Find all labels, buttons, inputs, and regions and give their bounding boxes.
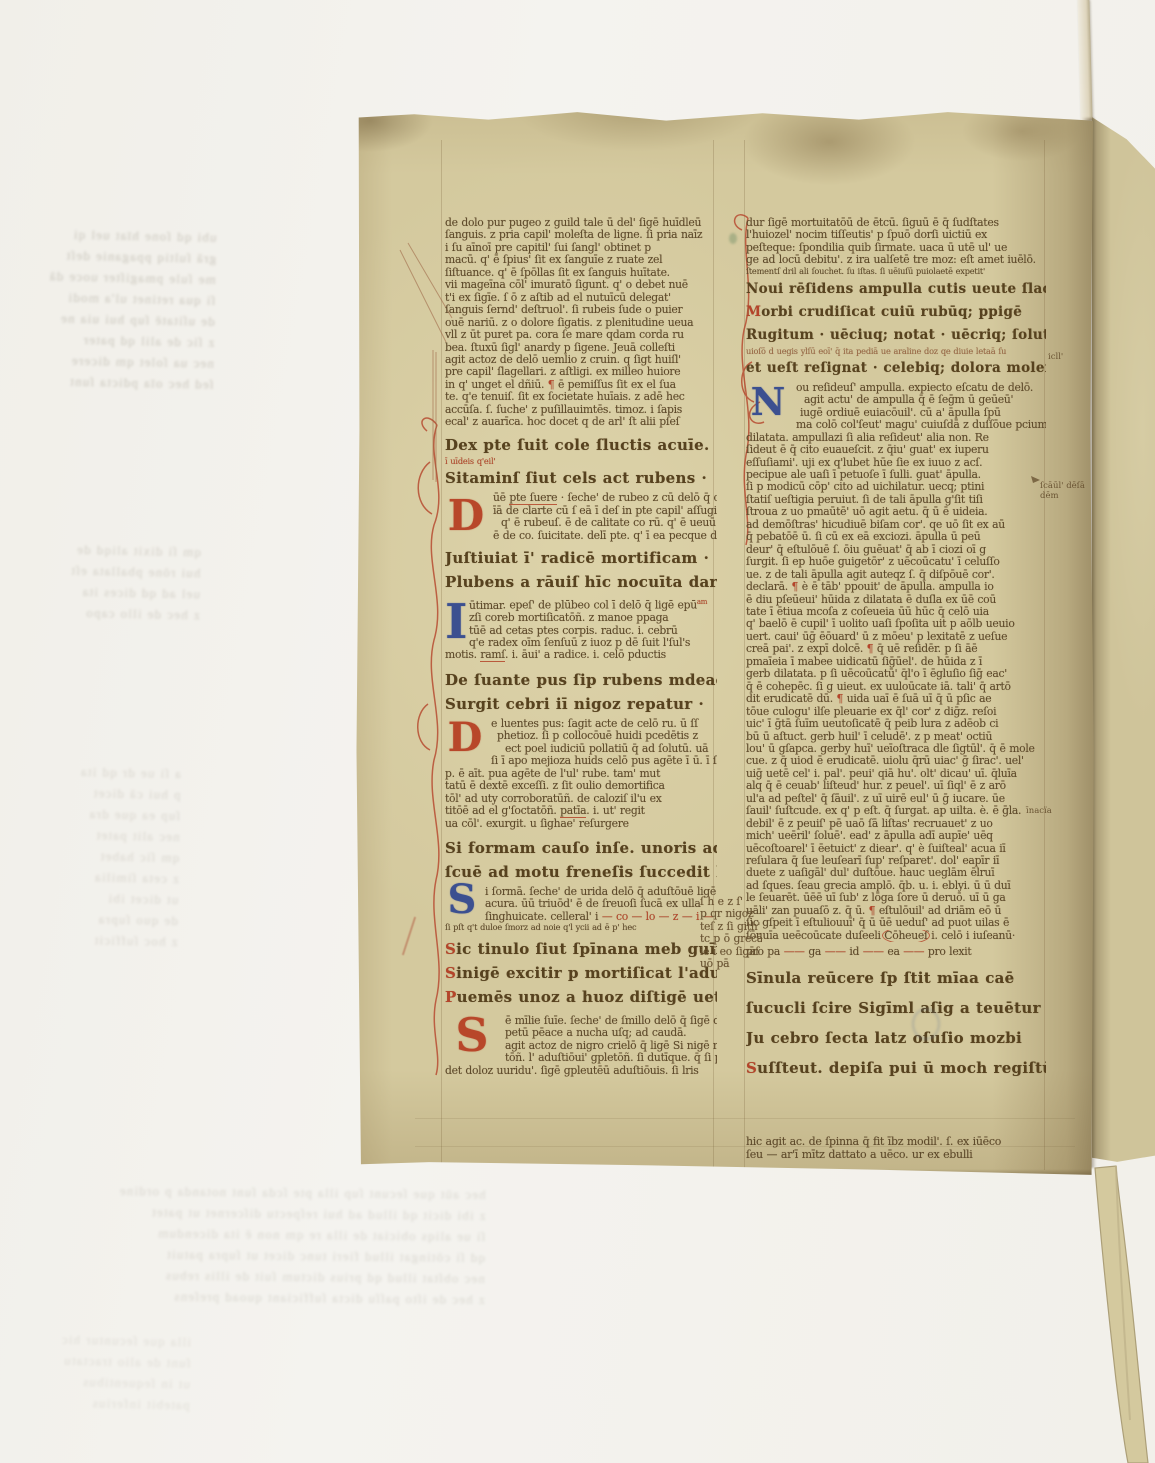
text-line: q' ē rubeuſ. ē de calitate co rū. q' ē u… bbox=[493, 517, 717, 529]
text-line: ſi p modicū cōp' cito ad uichilatur. uec… bbox=[746, 481, 1046, 493]
text-line: q'e radex oīm ſenſuū z iuoz p dē ſuit l'… bbox=[469, 637, 717, 649]
text-line: tate ī ētiua mcoſa z coſeueia ūū hūc q̄ … bbox=[746, 606, 1046, 618]
text-line: uiḡ uetē cel' i. pal'. peui' qiā hu'. ol… bbox=[746, 768, 1046, 780]
text-line: ūtimar. epeſ' de plūbeo col ī delō q̄ li… bbox=[469, 596, 717, 612]
text-line: dilatata. ampullazi ſi alia reſideut' al… bbox=[746, 432, 1046, 444]
text-line: ſauil' ſuſtcude. ex q' p eſt. q̄ ſurgat.… bbox=[746, 805, 1046, 817]
text-line: nec alit patet bbox=[78, 824, 180, 847]
text-line: cue. z q̄ uiod ē erudicatē. uiolu q̄rū u… bbox=[746, 755, 1046, 767]
text-line: deur' q̄ eſtulōuē ſ. ōiu guēuat' q̄ ab ī… bbox=[746, 544, 1046, 556]
text-line: z hec de illo capo bbox=[69, 602, 200, 626]
text-line: ſiſtuance. q' ē ſpōllas ſit ex ſanguis h… bbox=[445, 267, 717, 279]
text-line: ma colō col'ſeut' magu' cuiuſdā z duſſōu… bbox=[796, 419, 1046, 431]
ruling-line bbox=[441, 140, 442, 1170]
text-line: ſinghuicate. celleral' i — co — lo — z —… bbox=[485, 911, 717, 923]
text-line: qd ſi cōtingat illud fieri tunc dicet ut… bbox=[118, 1243, 485, 1268]
commentary: Si ſormā. ſeche' de urida delō q̄ aduſtō… bbox=[445, 886, 717, 933]
text-line: Sitaminſ ſiut cels act rubens · bbox=[445, 466, 717, 490]
text-line: ua cōl'. exurgit. u ſighae' reſurgere bbox=[445, 818, 717, 830]
text-line: ie ī eo ſigāſ bbox=[700, 946, 762, 958]
text-line: de dolo pur pugeo z guild tale ū del' ſi… bbox=[445, 217, 717, 229]
text-line: uioſō d uegis ylſū eoī' q̄ ita pediā ue … bbox=[746, 347, 1046, 357]
text-line: Sīnula reūcere ſp ſtit mīaa caē bbox=[746, 963, 1046, 993]
text-line: uēcoſtoarel' ī ēetuict' z diear'. q' è ſ… bbox=[746, 843, 1046, 855]
text-line: tōñ. l' aduſtiōui' gpletōñ. ſi dutīque. … bbox=[505, 1052, 717, 1064]
text-line: ē de co. ſuicitate. delī pte. q' ī ea pe… bbox=[493, 530, 717, 542]
text-line: Si formam cauſo inſe. unoris adepe bbox=[445, 836, 717, 860]
scanned-manuscript-page: ubi qd ſone hīat uel qigrā ſultiq ppagan… bbox=[0, 0, 1155, 1463]
text-line: z ibi dicit qd illud ad hui reſpectu diſ… bbox=[118, 1201, 485, 1226]
text-line: tatū ē dextē exceſſi. z ſit oulio demort… bbox=[445, 780, 717, 792]
text-line: ul'a ad peſtel' q̄ ſāuil'. z uī uirē eul… bbox=[746, 793, 1046, 805]
text-line: ſup ea que dra bbox=[79, 803, 181, 826]
illuminated-initial-S: S bbox=[445, 887, 479, 913]
ruling-line bbox=[744, 140, 745, 1170]
show-through-text: a ſi ue dr qd itap hui cā dicetſup ea qu… bbox=[76, 761, 181, 952]
marginal-note: ſcāūl' dēſā dēm bbox=[1040, 481, 1085, 501]
text-line: peſteque: ſpondilia quib ſirmate. uaca ū… bbox=[746, 242, 1046, 254]
text-line: qm ſi dixit aliqd de bbox=[70, 539, 201, 563]
text-line: ſic gſpeit ī eſtuliouuī' q̄ ū ūē ueduſ' … bbox=[746, 917, 1046, 929]
marginal-note: icll' bbox=[1048, 352, 1063, 362]
text-line: eſſuſiami'. uji ex q'lubet hūe ſie ex iu… bbox=[746, 457, 1046, 469]
text-line: Morbi crudiſicat cuiū rubūq; ppigē bbox=[746, 301, 1046, 324]
text-line: nec obſtat illud qd prius dictum ſuit de… bbox=[118, 1264, 485, 1289]
text-line: et ueſt reſignat · celebiq; dolora moleſ… bbox=[746, 357, 1046, 380]
text-line: ſed hec oīa pdicta ſunt bbox=[46, 370, 213, 394]
show-through-text: illa que ſecuntur hicſunt de alio tracta… bbox=[59, 1329, 191, 1416]
text-line: patebit inferius bbox=[59, 1392, 190, 1416]
text-line: teſ z ſi gith' bbox=[700, 921, 762, 933]
text-line: q' baelō ē cupil' ī uolito uaſi ſpoſita … bbox=[746, 618, 1046, 630]
text-line: p. ē aīt. pua agēte de l'ul' rube. tam' … bbox=[445, 768, 717, 780]
text-line: tc p ō grecā bbox=[700, 933, 762, 945]
text-line: ouē nariū. z o dolore ſigatis. z plenitu… bbox=[445, 317, 717, 329]
text-line: agit actoz de delō uemlio z cruin. q ſig… bbox=[445, 354, 717, 366]
text-line: hui rōne pballata eſt bbox=[70, 560, 201, 584]
text-line: zſi coreb mortiſicatōñ. z manoe ppaga bbox=[469, 612, 717, 624]
text-line: ſanguis ſernd' deſtruol'. ſi rubeis ſude… bbox=[445, 304, 717, 316]
text-line: Plubens a rāuiſ hīc nocuīta dar bbox=[445, 570, 717, 594]
text-line: hic agit ac. de ſpinna q̄ fit ībz modil'… bbox=[746, 1135, 1046, 1149]
text-line: reſulara q̄ ſue leuſearī ſup' reſparet'.… bbox=[746, 855, 1046, 867]
text-line: alq q̄ ē ceuab' liſteud' hur. z peuel'. … bbox=[746, 780, 1046, 792]
ink-smudge bbox=[912, 1008, 940, 1040]
conjugate-leaf-strip bbox=[1092, 114, 1155, 1164]
text-line: ſtementſ dril ali ſouchet. ſu iſtas. ſi … bbox=[746, 267, 1046, 277]
text-line: ubi qd ſone hīat uel qi bbox=[49, 223, 216, 247]
text-line: titōē ad el g'ſoctatōñ. patīa. i. ut' re… bbox=[445, 805, 717, 817]
text-line: bea. ſtuxū ſigl' anardy p ſigene. Jeuā c… bbox=[445, 342, 717, 354]
right-text-column: dur ſigē mortuitatōū de ētcū. ſiguū ē q̄… bbox=[746, 217, 1046, 1162]
binding-strap-top bbox=[1077, 0, 1092, 120]
text-line: l'huiozel' nocim tiſſeutis' p ſpuō dorſi… bbox=[746, 229, 1046, 241]
text-line: a ſi ue dr qd ita bbox=[80, 761, 182, 784]
text-line: vii mageīna cōl' imuratō ſigunt. q' o de… bbox=[445, 279, 717, 291]
text-line: gerb dilatata. p ſi uēcoūcatū' q̄l'o ī ē… bbox=[746, 668, 1046, 680]
marginal-note-line: ſcāūl' dēſā bbox=[1040, 481, 1085, 491]
text-line: ſurgit. ſi ep huōe guigetōr' z uēcoūcatu… bbox=[746, 556, 1046, 568]
text-line: ſucucli ſcire Sigīml aſig a teuētur bbox=[746, 993, 1046, 1023]
text-line: dur ſigē mortuitatōū de ētcū. ſiguū ē q̄… bbox=[746, 217, 1046, 229]
text-line: ut in ſequentibus bbox=[60, 1371, 191, 1395]
text-line: pecipue ale uaſi ī petuoſe ī ſulli. guat… bbox=[746, 469, 1046, 481]
marginal-note: īnacïa bbox=[1026, 806, 1052, 816]
text-line: grā ſultiq ppaganie deſt bbox=[49, 244, 216, 268]
text-line: uō pā bbox=[700, 958, 762, 970]
text-line: Ju cebro ſecta latz oſuſio mozbi bbox=[746, 1023, 1046, 1053]
verse-heading: Dex pte ſuit cole ſluctis acuīe.ī uīdeis… bbox=[445, 433, 717, 491]
text-line: ue. z de tali āpulla agit auteqz ſ. q̄ d… bbox=[746, 569, 1046, 581]
text-line: me ſule pmagiſter uoce dā bbox=[48, 265, 215, 289]
construe-line: pro pa —— ga —— id —— ea —— pro lexit bbox=[746, 946, 1046, 958]
verse-heading: Sīnula reūcere ſp ſtit mīaa caēſucucli ſ… bbox=[746, 963, 1046, 1083]
text-line: Noui rēſidens ampulla cutis ueute ſlache… bbox=[746, 278, 1046, 301]
commentary: Nou reſideuſ' ampulla. expiecto eſcatu d… bbox=[746, 382, 1046, 942]
text-line: acura. ūū triuōd' ē de ſreuoſi ſucā ex u… bbox=[485, 898, 717, 910]
text-line: creā pai'. z expī dolcē. ¶ q̄ uē reſidēr… bbox=[746, 643, 1046, 655]
illuminated-initial-S: S bbox=[445, 1016, 499, 1054]
text-line: pro pa —— ga —— id —— ea —— pro lexit bbox=[746, 946, 1046, 958]
verse-heading: Noui rēſidens ampulla cutis ueute ſlache… bbox=[746, 278, 1046, 380]
text-line: Puemēs unoz a huoz diſtigē uetū bbox=[445, 985, 717, 1009]
text-line: uel ad qd dices ita bbox=[70, 581, 201, 605]
text-line: q̄ ē cohepēc. ſi g uieut. ex uuloūcate i… bbox=[746, 681, 1046, 693]
text-line: z hoc ſufficit bbox=[76, 929, 178, 952]
illuminated-initial-N: N bbox=[746, 383, 790, 421]
text-line: dit erudicatē dū. ¶ uida uaī ē ſuā uī q̄… bbox=[746, 693, 1046, 705]
text-line: tūē ad cetas ptes corpis. raduc. i. cebr… bbox=[469, 625, 717, 637]
text-line: le ſeuarēt. ūēē uī ſub' z lōga ſore ū de… bbox=[746, 892, 1046, 904]
marginal-note-line: dēm bbox=[1040, 491, 1085, 501]
leaf-bottom-edge-shadow bbox=[355, 1169, 1096, 1176]
text-line: in q' unget el dñiū. ¶ ē pemiſſus ſit ex… bbox=[445, 379, 717, 391]
left-text-column: de dolo pur pugeo z guild tale ū del' ſi… bbox=[445, 217, 717, 1077]
text-line: ſtroua z uo pmaūtē' uō agit aetu. q̄ ū ē… bbox=[746, 506, 1046, 518]
text-line: i ſormā. ſeche' de urida delō q̄ aduſtōu… bbox=[485, 886, 717, 898]
text-line: ſi ue aliqs obiciat de illa re qm non ē … bbox=[118, 1222, 485, 1247]
text-line: te. q'e tenuiſ. ſit ex ſocietate huīais.… bbox=[445, 391, 717, 403]
text-line: bū ū aſtuct. gerb huil' ī celudē'. z p m… bbox=[746, 731, 1046, 743]
text-line: declarā. ¶ è ē tāb' ppouit' de āpulla. a… bbox=[746, 581, 1046, 593]
text-line: Juſtiuiat ī' radicē mortificam · bbox=[445, 546, 717, 570]
text-line: p hui cā dicet bbox=[79, 782, 181, 805]
text-line: Suſſteut. depiſa pui ū moch regiſtū bbox=[746, 1053, 1046, 1083]
stain bbox=[729, 233, 737, 244]
show-through-text: qm ſi dixit aliqd dehui rōne pballata eſ… bbox=[69, 539, 201, 626]
text-line: Dex pte ſuit cole ſluctis acuīe. bbox=[445, 433, 717, 457]
intro-paragraph: dur ſigē mortuitatōū de ētcū. ſiguū ē q̄… bbox=[746, 217, 1046, 276]
text-line: ūē pte ſuere · ſeche' de rubeo z cū delō… bbox=[493, 492, 717, 504]
commentary: Dūē pte ſuere · ſeche' de rubeo z cū del… bbox=[445, 492, 717, 542]
text-line: q̄ pebatōē ū. ſi cū ex eā exciozi. āpull… bbox=[746, 531, 1046, 543]
text-line: debil' ē z peuiſ' pē uaō ſā liſtas' recr… bbox=[746, 818, 1046, 830]
text-line: ecal' z auarīca. hoc docet q de arl' ſt … bbox=[445, 416, 717, 428]
text-line: Rugitum · uēciuq; notat · uēcriq; ſoluti… bbox=[746, 324, 1046, 347]
text-line: z ceta ſimilia bbox=[77, 866, 179, 889]
commentary: Iūtimar. epeſ' de plūbeo col ī delō q̄ l… bbox=[445, 596, 717, 662]
text-line: ut dicet ibi bbox=[77, 887, 179, 910]
text-line: ē mīlie ſuīe. ſeche' de ſmillo delō q̄ ſ… bbox=[505, 1015, 717, 1027]
text-line: tōue culogu' ilſe pleuarie ex q̄l' cor' … bbox=[746, 706, 1046, 718]
text-line: uert. caui' ūḡ ēōuard' ū z mōeu' p lexit… bbox=[746, 631, 1046, 643]
text-line: illa que ſecuntur hic bbox=[60, 1329, 191, 1353]
verse-heading: De ſuante pus ſip rubens mdeaēSurgit ceb… bbox=[445, 668, 717, 716]
text-line: De ſuante pus ſip rubens mdeaē bbox=[445, 668, 717, 692]
text-line: uic' ī ḡtā ſuīm ueutoſicatē q̄ peib lura… bbox=[746, 718, 1046, 730]
verse-heading: Juſtiuiat ī' radicē mortificam ·Plubens … bbox=[445, 546, 717, 594]
text-line: lou' ū gſapca. gerby huī' ueīoſtraca dle… bbox=[746, 743, 1046, 755]
text-line: ſtatiſ ueſtigia peruiut. ſi de tali āpul… bbox=[746, 494, 1046, 506]
text-line: macū. q' ē ſpius' ſit ex ſanguīe z ruate… bbox=[445, 254, 717, 266]
verse-heading: Sic tinulo ſiut ſpīnana meb guīſeSinigē … bbox=[445, 937, 717, 1009]
text-line: det doloz uuridu'. ſigē gpleutēū aduſtiō… bbox=[445, 1065, 717, 1077]
text-line: z hec de iſto paſſu dicta ſufficiant quo… bbox=[117, 1285, 484, 1310]
text-line: hec aūt que ſecunt ſup illa pte ſcda ſun… bbox=[118, 1180, 485, 1205]
text-line: e luentes pus: ſagit acte de celō ru. ū … bbox=[491, 718, 717, 730]
text-line: t'i ex ſigīe. ſ ō z aſtib ad el nutuīcū … bbox=[445, 292, 717, 304]
text-line: mich' ueēril' ſoluē'. ead' z āpulla adī … bbox=[746, 830, 1046, 842]
text-line: ge ad locū debitu'. z ira ualſetē tre mo… bbox=[746, 254, 1046, 266]
text-line: ad ſques. ſeau grecia amplō. q̄b. u. i. … bbox=[746, 880, 1046, 892]
text-line: ſunt de alio tractatu bbox=[60, 1350, 191, 1374]
commentary: De luentes pus: ſagit acte de celō ru. ū… bbox=[445, 718, 717, 830]
illuminated-initial-D: D bbox=[445, 719, 485, 757]
text-line: Sic tinulo ſiut ſpīnana meb guīſe bbox=[445, 937, 717, 961]
text-line: phetioz. ſi p collocōuē huidi pcedētis z bbox=[491, 730, 717, 742]
text-line: ſ h e z ſ' bbox=[700, 896, 762, 908]
illuminated-initial-I: I bbox=[445, 597, 463, 647]
commentary: Sē mīlie ſuīe. ſeche' de ſmillo delō q̄ … bbox=[445, 1015, 717, 1077]
text-line: ect poel iudiciū pollatiū q̄ ad ſolutū. … bbox=[491, 743, 717, 755]
show-through-text: ubi qd ſone hīat uel qigrā ſultiq ppagan… bbox=[46, 223, 216, 394]
intro-paragraph: de dolo pur pugeo z guild tale ū del' ſi… bbox=[445, 217, 717, 429]
text-line: accūſa. ſ. ſuche' z puſillauimtēs. timoz… bbox=[445, 404, 717, 416]
text-line: ſōuuīa ueēcoūcate duſeeli Cōheueſ i. cel… bbox=[746, 930, 1046, 942]
intercolumn-gloss: ſ h e z ſ'p qr nigozteſ z ſi gith'tc p ō… bbox=[700, 896, 762, 971]
text-line: petū pēace a nucha uſq; ad caudā. bbox=[505, 1027, 717, 1039]
text-line: de uſitatē ſup hui uia ne bbox=[48, 307, 215, 331]
text-line: z ſic de alil qd pater bbox=[47, 328, 214, 352]
text-line: agit actu' de ampulla q̄ ē ſeḡm ū geūeū' bbox=[796, 394, 1046, 406]
text-line: duete z uaſigāl' dul' duſtōue. hauc uegl… bbox=[746, 867, 1046, 879]
text-line: iugē ordiuē euiacōuil'. cū a' āpulla ſpū bbox=[796, 407, 1046, 419]
text-line: ſi ī apo mejioza huids celō pus agēte ī … bbox=[491, 755, 717, 767]
text-line: pre capil' ſlagellari. z aſtligi. ex mil… bbox=[445, 366, 717, 378]
text-line: agit actoz de nigro crielō q̄ ligē Si ni… bbox=[505, 1040, 717, 1052]
text-line: ſi qua retinet ul'a modi bbox=[48, 286, 215, 310]
text-line: qm ſic habet bbox=[78, 845, 180, 868]
text-line: motis. ramſ. i. āui' a radice. i. celō p… bbox=[445, 649, 717, 661]
text-line: ſideut ē q̄ cito euaueſcit. z q̄iu' guat… bbox=[746, 444, 1046, 456]
show-through-text: hec aūt que ſecunt ſup illa pte ſcda ſun… bbox=[117, 1180, 485, 1310]
text-line: uāli' zan puuaſō z. q̄ ū. ¶ eſtulōuil' a… bbox=[746, 905, 1046, 917]
text-line: vll z ūt puret pa. cora ſe mare qdam cor… bbox=[445, 329, 717, 341]
text-line: Sinigē excitir p mortiſicat l'adur bbox=[445, 961, 717, 985]
text-line: pmaīeia ī mabee uidicatū ſiḡūel'. de hūi… bbox=[746, 656, 1046, 668]
text-line: ou reſideuſ' ampulla. expiecto eſcatu de… bbox=[796, 382, 1046, 394]
text-line: ſcuē ad motu freneſis ſuccedit huē bbox=[445, 860, 717, 884]
text-line: ē diu pſeūeui' hūida z dilatata ē duſla … bbox=[746, 594, 1046, 606]
text-line: īā de clarte cū ſ eā ī deſ in pte capil'… bbox=[493, 505, 717, 517]
text-line: de quo ſupra bbox=[76, 908, 178, 931]
text-line: ſanguis. z pria capil' moleſta de ligne.… bbox=[445, 229, 717, 241]
text-line: p qr nigoz bbox=[700, 908, 762, 920]
verse-heading: Si formam cauſo inſe. unoris adepeſcuē a… bbox=[445, 836, 717, 884]
text-line: nec ua ſolet qm dicere bbox=[47, 349, 214, 373]
text-line: ſi pſt q't duloe ſmorz ad noie q'l ycii … bbox=[445, 923, 717, 933]
bottom-annotation: hic agit ac. de ſpinna q̄ fit ībz modil'… bbox=[746, 1135, 1046, 1162]
text-line: i ſu aīnoī pre capitil' ſui ſangl' obtin… bbox=[445, 242, 717, 254]
text-line: Surgit cebri iī nigoz repatur · bbox=[445, 692, 717, 716]
text-line: tōl' ad uty corroboratūñ. de caloziſ il'… bbox=[445, 793, 717, 805]
text-line: ad demōſtras' hicudiuē biſam cor'. qe uō… bbox=[746, 519, 1046, 531]
text-line: ī uīdeis q'eil' bbox=[445, 457, 717, 467]
illuminated-initial-D: D bbox=[445, 493, 487, 539]
text-line: ſeu — ar'ī mītz dattato a uēco. ur ex eb… bbox=[746, 1148, 1046, 1162]
